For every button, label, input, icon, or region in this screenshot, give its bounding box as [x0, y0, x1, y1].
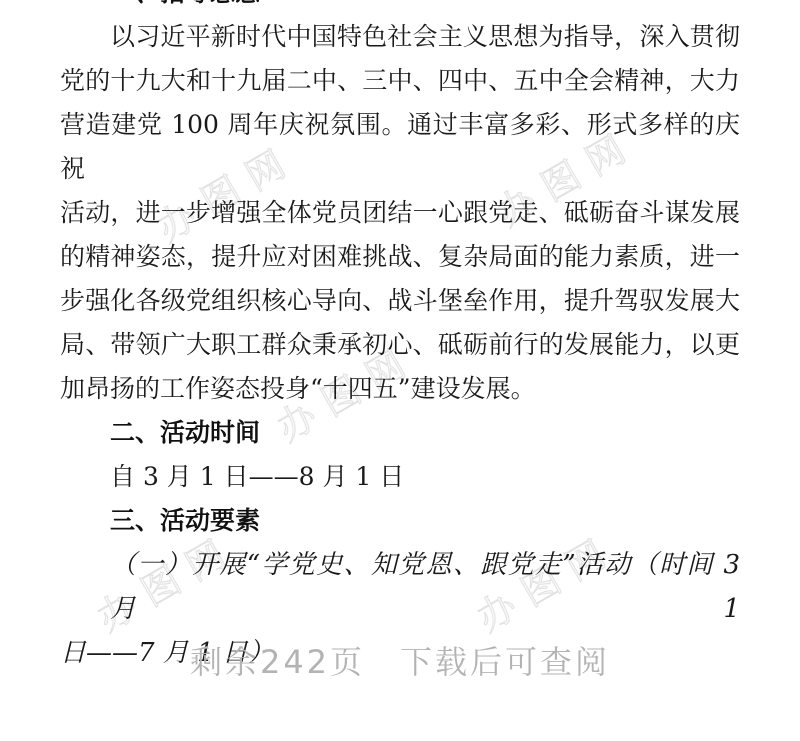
preview-remaining-notice: 剩余242页 下载后可查阅	[0, 640, 800, 684]
document-preview-page: 一、指导思想 以习近平新时代中国特色社会主义思想为指导，深入贯彻 党的十九大和十…	[0, 0, 800, 741]
body-line: 以习近平新时代中国特色社会主义思想为指导，深入贯彻	[110, 15, 740, 59]
document-body: 一、指导思想 以习近平新时代中国特色社会主义思想为指导，深入贯彻 党的十九大和十…	[60, 0, 740, 675]
body-line: 步强化各级党组织核心导向、战斗堡垒作用，提升驾驭发展大	[60, 279, 740, 323]
body-line: 局、带领广大职工群众秉承初心、砥砺前行的发展能力，以更	[60, 323, 740, 367]
section-heading-activity-elements: 三、活动要素	[110, 499, 740, 543]
body-line: 加昂扬的工作姿态投身“十四五”建设发展。	[60, 367, 740, 411]
section-heading-activity-time: 二、活动时间	[110, 411, 740, 455]
activity-time-range: 自 3 月 1 日——8 月 1 日	[110, 455, 740, 499]
section-heading-guiding-ideology-cropped: 一、指导思想	[110, 0, 740, 15]
activity-item-line: （一）开展“学党史、知党恩、跟党走”活动（时间 3 月 1	[110, 543, 740, 631]
body-line: 的精神姿态，提升应对困难挑战、复杂局面的能力素质，进一	[60, 235, 740, 279]
body-line: 活动，进一步增强全体党员团结一心跟党走、砥砺奋斗谋发展	[60, 191, 740, 235]
body-line: 营造建党 100 周年庆祝氛围。通过丰富多彩、形式多样的庆祝	[60, 103, 740, 191]
body-line: 党的十九大和十九届二中、三中、四中、五中全会精神，大力	[60, 59, 740, 103]
